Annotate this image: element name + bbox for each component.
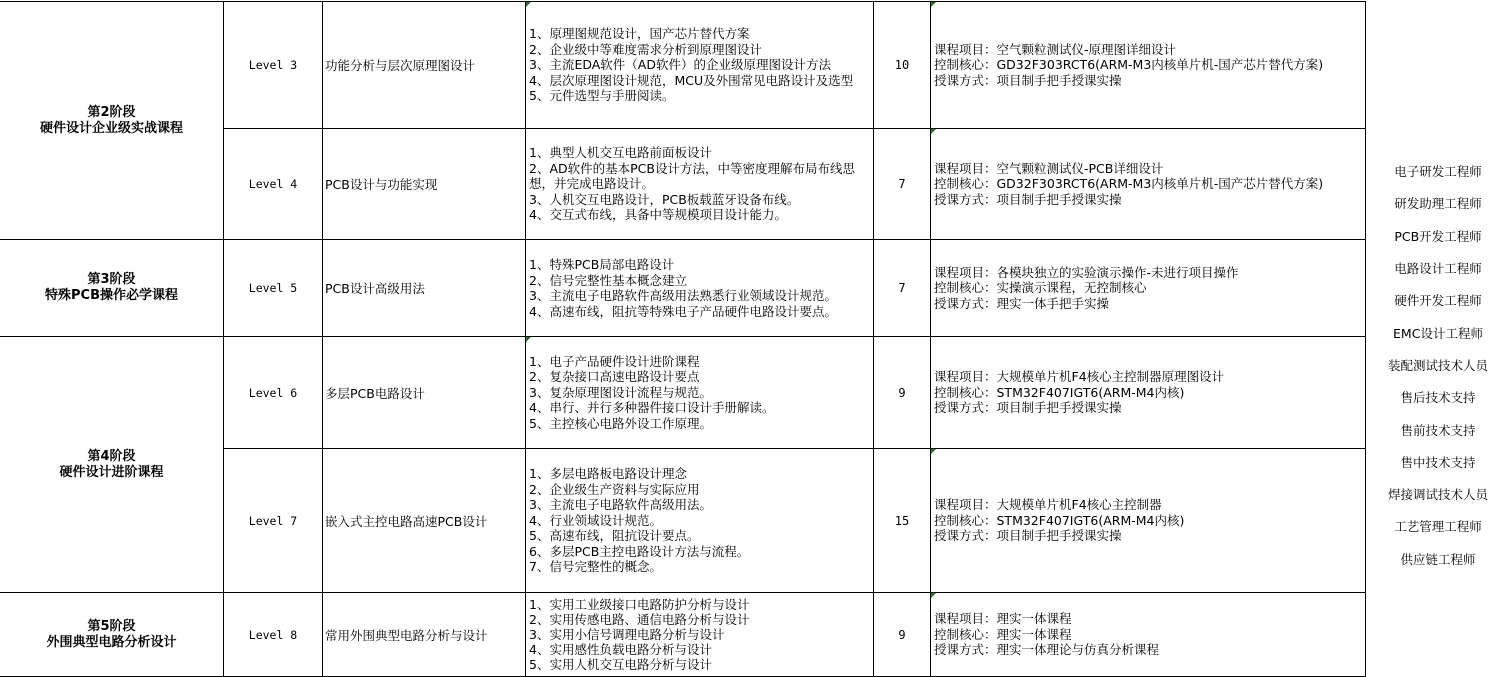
level-cell[interactable]: Level 4 <box>224 129 323 240</box>
hours-value: 7 <box>898 281 905 295</box>
hours-value: 9 <box>898 628 905 642</box>
course-content: 1、实用工业级接口电路防护分析与设计 2、实用传感电路、通信电路分析与设计 3、… <box>529 597 749 672</box>
job-item: 装配测试技术人员 <box>1366 349 1510 381</box>
stage-cell-2[interactable]: 第2阶段 硬件设计企业级实战课程 <box>0 1 224 240</box>
project-info: 课程项目：空气颗粒测试仪-PCB详细设计 控制核心：GD32F303RCT6(A… <box>934 161 1323 208</box>
course-content-cell[interactable]: 1、实用工业级接口电路防护分析与设计 2、实用传感电路、通信电路分析与设计 3、… <box>526 593 874 677</box>
project-cell[interactable]: 课程项目：大规模单片机F4核心主控制器 控制核心：STM32F407IGT6(A… <box>931 449 1366 593</box>
level-label: Level 6 <box>249 386 297 400</box>
course-content: 1、多层电路板电路设计理念 2、企业级生产资料与实际应用 3、主流电子电路软件高… <box>529 466 749 575</box>
course-name: PCB设计高级用法 <box>325 279 425 297</box>
course-name: PCB设计与功能实现 <box>325 175 437 193</box>
course-content-cell[interactable]: 1、特殊PCB局部电路设计 2、信号完整性基本概念建立 3、主流电子电路软件高级… <box>526 240 874 337</box>
stage-cell-5[interactable]: 第5阶段 外围典型电路分析设计 <box>0 593 224 677</box>
level-label: Level 7 <box>249 514 297 528</box>
hours-value: 10 <box>895 58 909 72</box>
level-cell[interactable]: Level 6 <box>224 337 323 449</box>
job-item: 焊接调试技术人员 <box>1366 478 1510 510</box>
project-info: 课程项目：各模块独立的实验演示操作-未进行项目操作 控制核心：实操演示课程，无控… <box>934 265 1239 312</box>
hours-value: 7 <box>898 177 905 191</box>
job-item: 硬件开发工程师 <box>1366 284 1510 316</box>
course-name: 多层PCB电路设计 <box>325 384 425 402</box>
job-item: PCB开发工程师 <box>1366 220 1510 252</box>
project-cell[interactable]: 课程项目：空气颗粒测试仪-原理图详细设计 控制核心：GD32F303RCT6(A… <box>931 1 1366 129</box>
course-name-cell[interactable]: 嵌入式主控电路高速PCB设计 <box>323 449 526 593</box>
course-content-cell[interactable]: 1、原理图规范设计，国产芯片替代方案 2、企业级中等难度需求分析到原理图设计 3… <box>526 1 874 129</box>
level-label: Level 8 <box>249 628 297 642</box>
stage-name: 外围典型电路分析设计 <box>46 635 176 651</box>
course-name-cell[interactable]: 功能分析与层次原理图设计 <box>323 1 526 129</box>
hours-value: 9 <box>898 386 905 400</box>
project-info: 课程项目：大规模单片机F4核心主控制器原理图设计 控制核心：STM32F407I… <box>934 369 1224 416</box>
job-item: 工艺管理工程师 <box>1366 510 1510 542</box>
stage-cell-4[interactable]: 第4阶段 硬件设计进阶课程 <box>0 337 224 593</box>
hours-cell[interactable]: 15 <box>874 449 931 593</box>
job-positions-list: 电子研发工程师 研发助理工程师 PCB开发工程师 电路设计工程师 硬件开发工程师… <box>1366 155 1510 575</box>
level-cell[interactable]: Level 5 <box>224 240 323 337</box>
project-cell[interactable]: 课程项目：理实一体课程 控制核心：理实一体课程 授课方式：理实一体理论与仿真分析… <box>931 593 1366 677</box>
job-item: EMC设计工程师 <box>1366 316 1510 348</box>
course-content: 1、典型人机交互电路前面板设计 2、AD软件的基本PCB设计方法，中等密度理解布… <box>529 145 873 223</box>
level-cell[interactable]: Level 3 <box>224 1 323 129</box>
course-content: 1、电子产品硬件设计进阶课程 2、复杂接口高速电路设计要点 3、复杂原理图设计流… <box>529 354 774 432</box>
job-item: 供应链工程师 <box>1366 543 1510 575</box>
hours-cell[interactable]: 10 <box>874 1 931 129</box>
stage-number: 第3阶段 <box>87 272 135 288</box>
project-cell[interactable]: 课程项目：各模块独立的实验演示操作-未进行项目操作 控制核心：实操演示课程，无控… <box>931 240 1366 337</box>
hours-cell[interactable]: 7 <box>874 129 931 240</box>
comment-marker-icon <box>526 2 531 7</box>
stage-number: 第2阶段 <box>87 105 135 121</box>
comment-marker-icon <box>526 337 531 342</box>
level-cell[interactable]: Level 8 <box>224 593 323 677</box>
project-info: 课程项目：空气颗粒测试仪-原理图详细设计 控制核心：GD32F303RCT6(A… <box>934 42 1323 89</box>
level-label: Level 5 <box>249 281 297 295</box>
course-name: 常用外围典型电路分析与设计 <box>325 626 488 644</box>
project-cell[interactable]: 课程项目：空气颗粒测试仪-PCB详细设计 控制核心：GD32F303RCT6(A… <box>931 129 1366 240</box>
comment-marker-icon <box>931 129 936 134</box>
spreadsheet-grid: 第2阶段 硬件设计企业级实战课程 Level 3 功能分析与层次原理图设计 1、… <box>0 0 1510 677</box>
course-name: 功能分析与层次原理图设计 <box>325 56 475 74</box>
comment-marker-icon <box>931 593 936 598</box>
course-content-cell[interactable]: 1、电子产品硬件设计进阶课程 2、复杂接口高速电路设计要点 3、复杂原理图设计流… <box>526 337 874 449</box>
stage-name: 硬件设计进阶课程 <box>59 465 163 481</box>
job-item: 电路设计工程师 <box>1366 252 1510 284</box>
job-item: 售前技术支持 <box>1366 413 1510 445</box>
course-content-cell[interactable]: 1、多层电路板电路设计理念 2、企业级生产资料与实际应用 3、主流电子电路软件高… <box>526 449 874 593</box>
stage-name: 特殊PCB操作必学课程 <box>45 288 178 304</box>
course-name: 嵌入式主控电路高速PCB设计 <box>325 512 487 530</box>
comment-marker-icon <box>931 2 936 7</box>
course-name-cell[interactable]: PCB设计高级用法 <box>323 240 526 337</box>
project-info: 课程项目：大规模单片机F4核心主控制器 控制核心：STM32F407IGT6(A… <box>934 497 1184 544</box>
hours-cell[interactable]: 9 <box>874 337 931 449</box>
level-label: Level 4 <box>249 177 297 191</box>
course-content-cell[interactable]: 1、典型人机交互电路前面板设计 2、AD软件的基本PCB设计方法，中等密度理解布… <box>526 129 874 240</box>
project-cell[interactable]: 课程项目：大规模单片机F4核心主控制器原理图设计 控制核心：STM32F407I… <box>931 337 1366 449</box>
course-name-cell[interactable]: PCB设计与功能实现 <box>323 129 526 240</box>
hours-value: 15 <box>895 514 909 528</box>
course-content: 1、特殊PCB局部电路设计 2、信号完整性基本概念建立 3、主流电子电路软件高级… <box>529 257 837 319</box>
stage-name: 硬件设计企业级实战课程 <box>40 121 183 137</box>
level-cell[interactable]: Level 7 <box>224 449 323 593</box>
stage-number: 第5阶段 <box>87 619 135 635</box>
job-item: 售中技术支持 <box>1366 446 1510 478</box>
comment-marker-icon <box>931 449 936 454</box>
project-info: 课程项目：理实一体课程 控制核心：理实一体课程 授课方式：理实一体理论与仿真分析… <box>934 611 1159 658</box>
job-item: 电子研发工程师 <box>1366 155 1510 187</box>
job-item: 研发助理工程师 <box>1366 187 1510 219</box>
course-content: 1、原理图规范设计，国产芯片替代方案 2、企业级中等难度需求分析到原理图设计 3… <box>529 26 853 104</box>
hours-cell[interactable]: 7 <box>874 240 931 337</box>
course-name-cell[interactable]: 多层PCB电路设计 <box>323 337 526 449</box>
hours-cell[interactable]: 9 <box>874 593 931 677</box>
level-label: Level 3 <box>249 58 297 72</box>
job-item: 售后技术支持 <box>1366 381 1510 413</box>
course-name-cell[interactable]: 常用外围典型电路分析与设计 <box>323 593 526 677</box>
stage-number: 第4阶段 <box>87 449 135 465</box>
stage-cell-3[interactable]: 第3阶段 特殊PCB操作必学课程 <box>0 240 224 337</box>
